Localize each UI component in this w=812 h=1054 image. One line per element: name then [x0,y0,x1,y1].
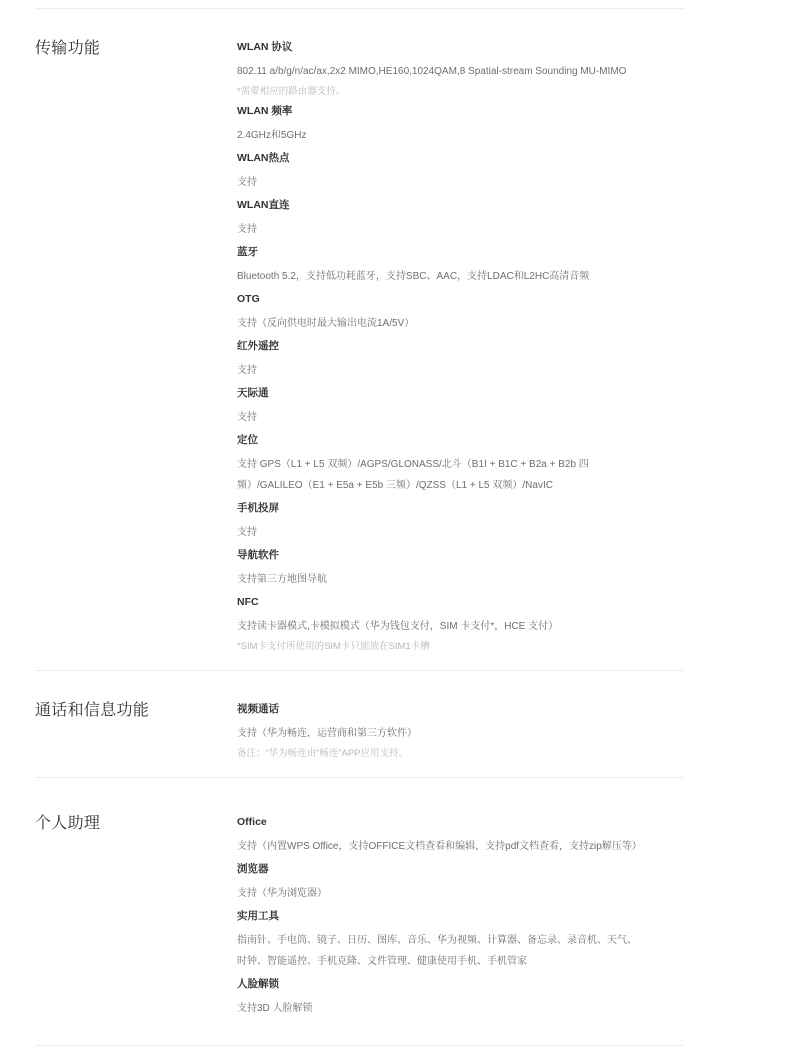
spec-field: 蓝牙 Bluetooth 5.2，支持低功耗蓝牙，支持SBC、AAC，支持LDA… [237,244,812,287]
section-divider [35,1045,684,1046]
spec-value: 支持（华为畅连，运营商和第三方软件） [237,723,639,744]
spec-value: 支持 GPS（L1 + L5 双频）/AGPS/GLONASS/北斗（B1I +… [237,454,639,496]
spec-field: 人脸解锁 支持3D 人脸解锁 [237,976,812,1019]
spec-label: WLAN 频率 [237,103,812,119]
spec-note: 备注：“华为畅连由”畅连”APP应用支持。 [237,746,639,761]
spec-field: Office 支持（内置WPS Office，支持OFFICE文档查看和编辑，支… [237,814,812,857]
spec-value: 2.4GHz和5GHz [237,125,639,146]
spec-value: 支持 [237,219,639,240]
spec-label: WLAN直连 [237,197,812,213]
spec-note: *SIM卡支付所使用的SIM卡只能放在SIM1卡槽 [237,639,639,654]
spec-label: 定位 [237,432,812,448]
spec-value: 支持3D 人脸解锁 [237,998,639,1019]
spec-field: 定位 支持 GPS（L1 + L5 双频）/AGPS/GLONASS/北斗（B1… [237,432,812,496]
section-title: 个人助理 [35,814,237,834]
spec-value: 支持 [237,360,639,381]
section-personal-assistant: 个人助理 Office 支持（内置WPS Office，支持OFFICE文档查看… [0,778,812,1045]
spec-field: WLAN直连 支持 [237,197,812,240]
spec-value: 支持 [237,407,639,428]
section-title: 传输功能 [35,39,237,59]
spec-field: 导航软件 支持第三方地图导航 [237,547,812,590]
spec-label: WLAN 协议 [237,39,812,55]
section-call-messaging: 通话和信息功能 视频通话 支持（华为畅连，运营商和第三方软件） 备注：“华为畅连… [0,671,812,777]
spec-label: 人脸解锁 [237,976,812,992]
spec-fields: Office 支持（内置WPS Office，支持OFFICE文档查看和编辑，支… [237,814,812,1019]
spec-value: Bluetooth 5.2，支持低功耗蓝牙，支持SBC、AAC，支持LDAC和L… [237,266,639,287]
spec-field: WLAN热点 支持 [237,150,812,193]
spec-field: OTG 支持（反向供电时最大输出电流1A/5V） [237,291,812,334]
spec-value: 支持（华为浏览器） [237,883,639,904]
spec-value: 802.11 a/b/g/n/ac/ax,2x2 MIMO,HE160,1024… [237,61,639,82]
spec-label: 红外遥控 [237,338,812,354]
spec-fields: WLAN 协议 802.11 a/b/g/n/ac/ax,2x2 MIMO,HE… [237,39,812,654]
spec-label: 视频通话 [237,701,812,717]
spec-field: WLAN 协议 802.11 a/b/g/n/ac/ax,2x2 MIMO,HE… [237,39,812,99]
spec-label: 天际通 [237,385,812,401]
spec-fields: 视频通话 支持（华为畅连，运营商和第三方软件） 备注：“华为畅连由”畅连”APP… [237,701,812,761]
spec-label: OTG [237,291,812,307]
spec-label: 实用工具 [237,908,812,924]
spec-label: Office [237,814,812,830]
section-transmission: 传输功能 WLAN 协议 802.11 a/b/g/n/ac/ax,2x2 MI… [0,9,812,670]
spec-value: 支持 [237,172,639,193]
spec-value: 指南针、手电筒、镜子、日历、图库、音乐、华为视频、计算器、备忘录、录音机、天气、… [237,930,639,972]
spec-field: NFC 支持读卡器模式,卡模拟模式（华为钱包支付，SIM 卡支付*，HCE 支付… [237,594,812,654]
spec-value: 支持（反向供电时最大输出电流1A/5V） [237,313,639,334]
section-title: 通话和信息功能 [35,701,237,721]
spec-field: 视频通话 支持（华为畅连，运营商和第三方软件） 备注：“华为畅连由”畅连”APP… [237,701,812,761]
spec-field: 天际通 支持 [237,385,812,428]
spec-label: 蓝牙 [237,244,812,260]
spec-field: 手机投屏 支持 [237,500,812,543]
spec-label: 浏览器 [237,861,812,877]
spec-value: 支持（内置WPS Office，支持OFFICE文档查看和编辑，支持pdf文档查… [237,836,639,857]
spec-field: 红外遥控 支持 [237,338,812,381]
spec-field: 浏览器 支持（华为浏览器） [237,861,812,904]
spec-label: WLAN热点 [237,150,812,166]
spec-field: 实用工具 指南针、手电筒、镜子、日历、图库、音乐、华为视频、计算器、备忘录、录音… [237,908,812,972]
spec-note: *需要相应的路由器支持。 [237,84,639,99]
spec-value: 支持第三方地图导航 [237,569,639,590]
spec-label: 手机投屏 [237,500,812,516]
spec-label: NFC [237,594,812,610]
spec-value: 支持 [237,522,639,543]
spec-label: 导航软件 [237,547,812,563]
spec-value: 支持读卡器模式,卡模拟模式（华为钱包支付，SIM 卡支付*，HCE 支付） [237,616,639,637]
spec-page: 传输功能 WLAN 协议 802.11 a/b/g/n/ac/ax,2x2 MI… [0,0,812,1046]
spec-field: WLAN 频率 2.4GHz和5GHz [237,103,812,146]
